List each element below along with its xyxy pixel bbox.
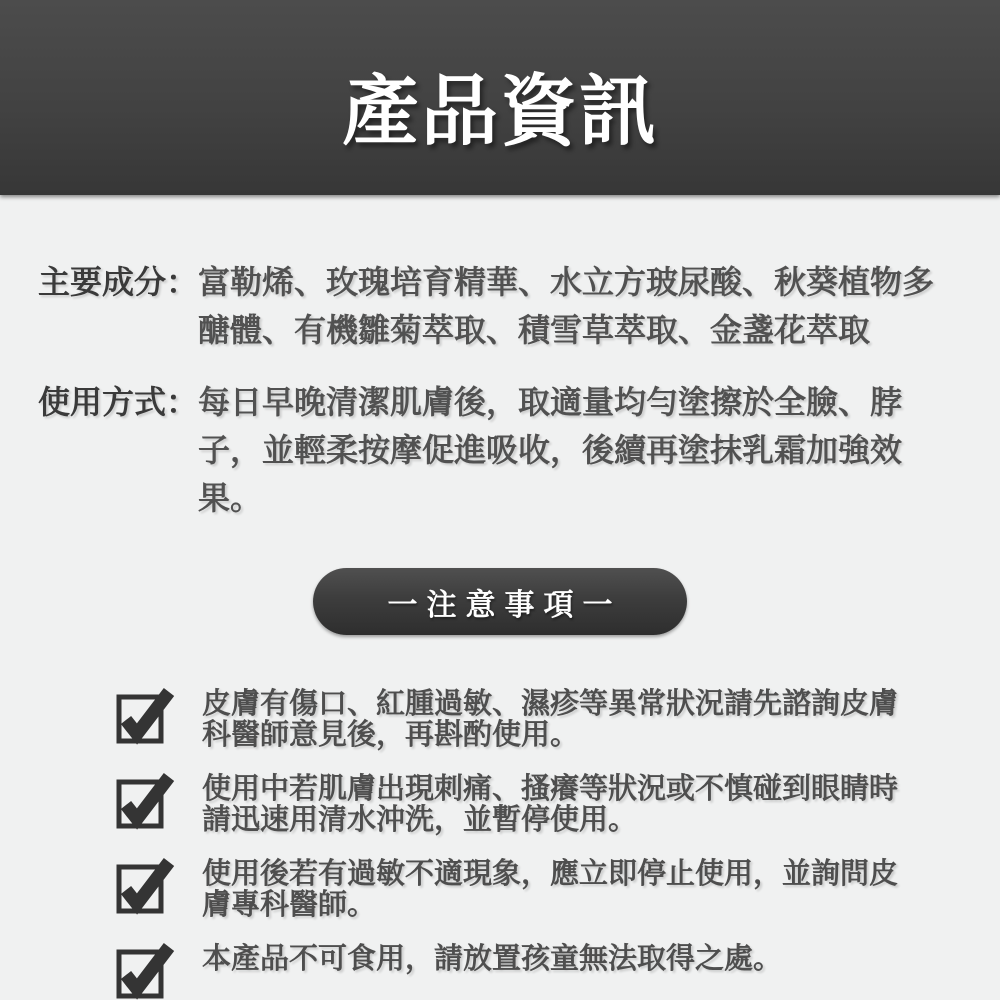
precaution-item: 皮膚有傷口、紅腫過敏、濕疹等異常狀況請先諮詢皮膚科醫師意見後，再斟酌使用。 — [113, 689, 962, 751]
content-area: 主要成分： 富勒烯、玫瑰培育精華、水立方玻尿酸、秋葵植物多醣體、有機雛菊萃取、積… — [0, 258, 1000, 1000]
precaution-item: 使用中若肌膚出現刺痛、搔癢等狀況或不慎碰到眼睛時請迅速用清水沖洗，並暫停使用。 — [113, 774, 962, 836]
ingredients-row: 主要成分： 富勒烯、玫瑰培育精華、水立方玻尿酸、秋葵植物多醣體、有機雛菊萃取、積… — [38, 258, 962, 354]
precaution-text: 本產品不可食用，請放置孩童無法取得之處。 — [202, 944, 904, 975]
usage-label: 使用方式： — [38, 378, 198, 426]
precaution-item: 本產品不可食用，請放置孩童無法取得之處。 — [113, 944, 962, 1000]
usage-row: 使用方式： 每日早晚清潔肌膚後，取適量均勻塗擦於全臉、脖子，並輕柔按摩促進吸收，… — [38, 378, 962, 522]
precaution-text: 皮膚有傷口、紅腫過敏、濕疹等異常狀況請先諮詢皮膚科醫師意見後，再斟酌使用。 — [202, 689, 904, 751]
precaution-item: 使用後若有過敏不適現象，應立即停止使用，並詢問皮膚專科醫師。 — [113, 859, 962, 921]
ingredients-text: 富勒烯、玫瑰培育精華、水立方玻尿酸、秋葵植物多醣體、有機雛菊萃取、積雪草萃取、金… — [198, 258, 962, 354]
notice-heading-label: 一注意事項一 — [379, 580, 622, 624]
page-title: 產品資訊 — [342, 50, 658, 161]
header-banner: 產品資訊 — [0, 0, 1000, 195]
precaution-text: 使用中若肌膚出現刺痛、搔癢等狀況或不慎碰到眼睛時請迅速用清水沖洗，並暫停使用。 — [202, 774, 904, 836]
checked-checkbox-icon — [113, 853, 175, 915]
ingredients-label: 主要成分： — [38, 258, 198, 306]
usage-text: 每日早晚清潔肌膚後，取適量均勻塗擦於全臉、脖子，並輕柔按摩促進吸收，後續再塗抹乳… — [198, 378, 962, 522]
precautions-list: 皮膚有傷口、紅腫過敏、濕疹等異常狀況請先諮詢皮膚科醫師意見後，再斟酌使用。 使用… — [113, 689, 962, 1000]
precaution-text: 使用後若有過敏不適現象，應立即停止使用，並詢問皮膚專科醫師。 — [202, 859, 904, 921]
checked-checkbox-icon — [113, 768, 175, 830]
checked-checkbox-icon — [113, 683, 175, 745]
notice-heading-pill: 一注意事項一 — [313, 568, 687, 635]
checked-checkbox-icon — [113, 938, 175, 1000]
